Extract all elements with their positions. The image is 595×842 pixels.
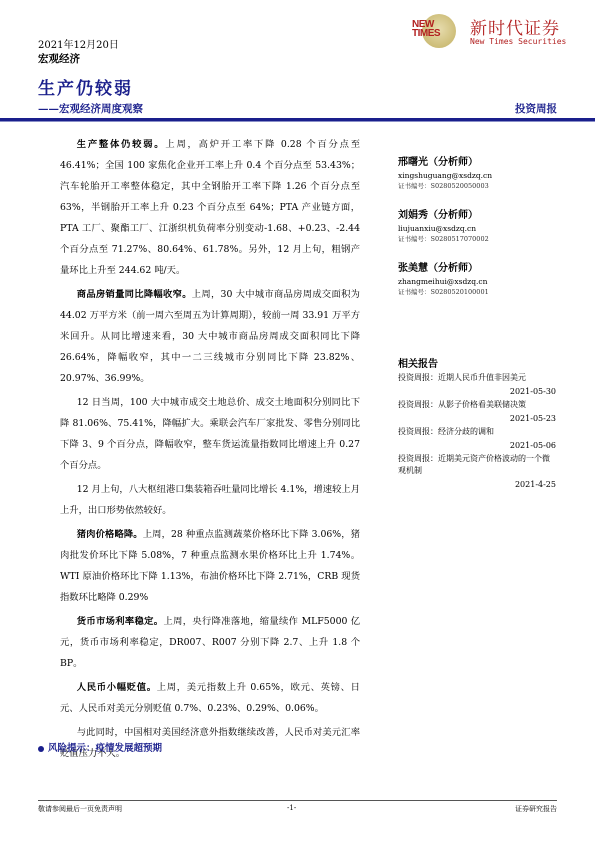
- analyst-card: 张美慧（分析师） zhangmeihui@xsdzq.cn 证书编号：S0280…: [398, 262, 558, 297]
- footer-report-type: 证券研究报告: [515, 804, 557, 814]
- header-divider-thin: [0, 121, 595, 122]
- paragraph-ports: 12 月上旬，八大枢纽港口集装箱吞吐量同比增长 4.1%，增速较上月上升，出口形…: [60, 479, 360, 521]
- related-report-item[interactable]: 投资周报：近期人民币升值非因美元 2021-05-30: [398, 372, 556, 399]
- page-title: 生产仍较弱: [38, 74, 133, 99]
- paragraph-production: 生产整体仍较弱。上周，高炉开工率下降 0.28 个百分点至 46.41%；全国 …: [60, 134, 360, 281]
- paragraph-lead: 人民币小幅贬值。: [77, 682, 157, 693]
- paragraph-housing: 商品房销量同比降幅收窄。上周，30 大中城市商品房周成交面积为 44.02 万平…: [60, 284, 360, 389]
- document-type: 投资周报: [515, 101, 557, 116]
- related-report-item[interactable]: 投资周报：从影子价格看美联储决策 2021-05-23: [398, 399, 556, 426]
- paragraph-prices: 猪肉价格略降。上周，28 种重点监测蔬菜价格环比下降 3.06%，猪肉批发价环比…: [60, 524, 360, 608]
- paragraph-lead: 货币市场利率稳定。: [77, 616, 164, 627]
- bullet-icon: [38, 746, 44, 752]
- footer-divider: [38, 800, 557, 801]
- risk-warning: 风险提示：疫情发展超预期: [38, 740, 162, 754]
- report-body: 生产整体仍较弱。上周，高炉开工率下降 0.28 个百分点至 46.41%；全国 …: [60, 134, 360, 767]
- related-reports: 相关报告 投资周报：近期人民币升值非因美元 2021-05-30 投资周报：从影…: [398, 358, 556, 492]
- logo-name-cn: 新时代证券: [470, 14, 560, 39]
- related-report-item[interactable]: 投资周报：近期美元资产价格波动的一个微观机制 2021-4-25: [398, 453, 556, 492]
- analyst-email[interactable]: xingshuguang@xsdzq.cn: [398, 170, 558, 181]
- page-subtitle: ——宏观经济周度观察: [38, 101, 143, 116]
- related-reports-header: 相关报告: [398, 358, 556, 372]
- analyst-name: 刘娟秀（分析师）: [398, 209, 558, 223]
- analyst-card: 刘娟秀（分析师） liujuanxiu@xsdzq.cn 证书编号：S02805…: [398, 209, 558, 244]
- paragraph-land-auto: 12 日当周，100 大中城市成交土地总价、成交土地面积分别同比下降 81.06…: [60, 392, 360, 476]
- paragraph-money-market: 货币市场利率稳定。上周，央行降准落地，缩量续作 MLF5000 亿元，货币市场利…: [60, 611, 360, 674]
- analyst-email[interactable]: liujuanxiu@xsdzq.cn: [398, 223, 558, 234]
- analyst-list: 邢曙光（分析师） xingshuguang@xsdzq.cn 证书编号：S028…: [398, 156, 558, 315]
- analyst-email[interactable]: zhangmeihui@xsdzq.cn: [398, 276, 558, 287]
- paragraph-lead: 猪肉价格略降。: [77, 529, 143, 540]
- logo-mark-text: NEW TIMES: [412, 20, 440, 38]
- analyst-cert: 证书编号：S0280520050003: [398, 181, 558, 191]
- paragraph-lead: 商品房销量同比降幅收窄。: [77, 289, 192, 300]
- analyst-name: 张美慧（分析师）: [398, 262, 558, 276]
- analyst-cert: 证书编号：S0280517070002: [398, 234, 558, 244]
- analyst-card: 邢曙光（分析师） xingshuguang@xsdzq.cn 证书编号：S028…: [398, 156, 558, 191]
- analyst-cert: 证书编号：S0280520100001: [398, 287, 558, 297]
- paragraph-lead: 生产整体仍较弱。: [77, 139, 166, 150]
- analyst-name: 邢曙光（分析师）: [398, 156, 558, 170]
- company-logo: NEW TIMES 新时代证券 New Times Securities: [410, 10, 585, 55]
- report-category: 宏观经济: [38, 51, 80, 66]
- page-number: -1-: [287, 804, 296, 812]
- related-report-item[interactable]: 投资周报：经济分歧的调和 2021-05-06: [398, 426, 556, 453]
- disclaimer-note: 敬请参阅最后一页免责声明: [38, 804, 122, 814]
- logo-name-en: New Times Securities: [470, 37, 566, 46]
- report-date: 2021年12月20日: [38, 36, 119, 51]
- paragraph-rmb: 人民币小幅贬值。上周，美元指数上升 0.65%，欧元、英镑、日元、人民币对美元分…: [60, 677, 360, 719]
